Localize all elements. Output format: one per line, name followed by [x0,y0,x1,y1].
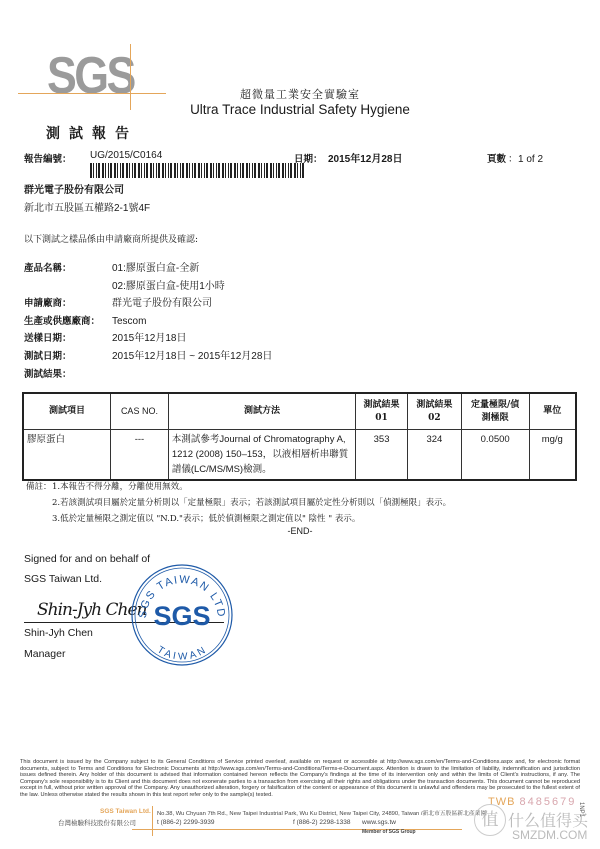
sample-label [24,280,112,294]
sample-label: 申請廠商： [24,297,112,311]
serial-digits: 8485679 [520,796,577,808]
serial-number: TWB 8485679 [488,796,576,808]
report-date: 2015年12月28日 [328,150,403,165]
footer-member: Member of SGS Group [362,829,416,835]
sample-value: 2015年12月18日 ~ 2015年12月28日 [112,350,272,364]
cell-limit: 0.0500 [461,430,529,481]
footer-website[interactable]: www.sgs.tw [362,819,396,826]
sample-label: 送樣日期： [24,332,112,346]
sample-value: 群光電子股份有限公司 [112,297,272,311]
watermark-url: SMZDM.COM [512,828,587,842]
footer-company-cn: 台灣檢驗科技股份有限公司 [58,818,136,827]
note-item: 2.若該測試項目屬於定量分析則以「定量極限」表示；若該測試項目屬於定性分析則以「… [52,496,451,508]
table-header-row: 測試項目 CAS NO. 測試方法 測試結果 01 測試結果 02 定量極限/偵… [23,393,576,430]
note-item: 1.本報告不得分離，分離使用無效。 [52,480,188,492]
notes-prefix: 備註： [26,480,52,492]
header-result-01: 測試結果 01 [356,393,408,430]
report-no: UG/2015/C0164 [90,150,162,161]
footer-phone: t (886-2) 2299-3939 [157,819,214,826]
end-marker: -END- [0,526,600,536]
sample-value: 2015年12月18日 [112,332,272,346]
stamp-bottom-text: TAIWAN [155,644,209,662]
stamp-center-text: SGS [153,601,210,631]
barcode [90,163,305,178]
cell-cas: --- [111,430,169,481]
lab-name-en: Ultra Trace Industrial Safety Hygiene [0,102,600,117]
sample-label: 產品名稱： [24,262,112,276]
header-limit: 定量極限/偵 測極限 [461,393,529,430]
watermark-seal: 值 [474,804,506,836]
sample-label: 生產或供應廠商： [24,315,112,329]
cell-item: 膠原蛋白 [23,430,111,481]
footer-company-en: SGS Taiwan Ltd. [100,808,151,815]
cell-unit: mg/g [529,430,576,481]
page-label: 頁數 [487,151,506,165]
footer-fax: f (886-2) 2298-1338 [293,819,350,826]
header-test-method: 測試方法 [168,393,355,430]
cell-result-01: 353 [356,430,408,481]
report-title: 測試報告 [46,123,138,143]
note-item: 3.低於定量極限之測定值以 "N.D."表示；低於偵測極限之測定值以" 陰性 "… [52,512,360,524]
footer-address: No.38, Wu Chyuan 7th Rd., New Taipei Ind… [157,808,487,817]
legal-disclaimer: This document is issued by the Company s… [20,759,580,799]
svg-text:TAIWAN: TAIWAN [155,644,209,662]
header-cas-no: CAS NO. [111,393,169,430]
company-seal-stamp: SGS TAIWAN LTD SGS TAIWAN [130,563,234,667]
cell-method: 本測試參考Journal of Chromatography A, 1212 (… [168,430,355,481]
client-company: 群光電子股份有限公司 [24,181,124,196]
footer-divider [152,806,153,836]
header-result-02: 測試結果 02 [407,393,461,430]
results-label: 測試結果： [24,366,72,380]
page-number: ：1 of 2 [508,150,543,165]
intro-text: 以下測試之樣品係由申請廠商所提供及確認: [24,232,198,245]
signer-title: Manager [24,648,65,660]
sample-value: Tescom [112,315,272,329]
lab-name-cn: 超微量工業安全實驗室 [0,86,600,102]
results-table: 測試項目 CAS NO. 測試方法 測試結果 01 測試結果 02 定量極限/偵… [22,392,577,481]
sample-info: 產品名稱： 01:膠原蛋白盒-全新 02:膠原蛋白盒-使用1小時 申請廠商： 群… [24,262,272,363]
header-unit: 單位 [529,393,576,430]
header-test-item: 測試項目 [23,393,111,430]
signer-name: Shin-Jyh Chen [24,627,93,639]
signed-company: SGS Taiwan Ltd. [24,573,102,585]
sample-label: 測試日期： [24,350,112,364]
client-address: 新北市五股區五權路2-1號4F [24,199,150,214]
sample-value: 02:膠原蛋白盒-使用1小時 [112,280,272,294]
table-row: 膠原蛋白 --- 本測試參考Journal of Chromatography … [23,430,576,481]
report-no-label: 報告編號： [24,151,72,165]
cell-result-02: 324 [407,430,461,481]
sample-value: 01:膠原蛋白盒-全新 [112,262,272,276]
